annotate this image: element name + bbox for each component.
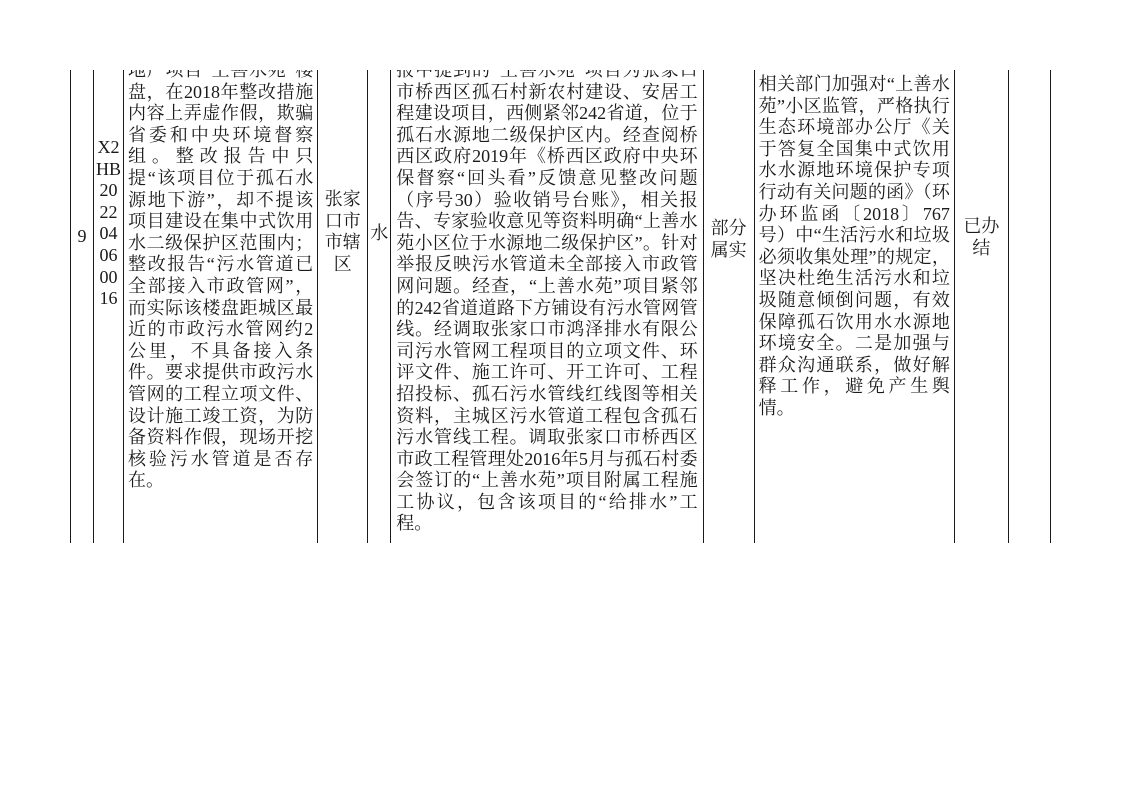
cell-case-number: X2 HB 20 22 04 06 00 16 [94,70,124,543]
case-number-text: X2 HB 20 22 04 06 00 16 [94,137,123,310]
table-row: 9 X2 HB 20 22 04 06 00 16 地产项目“上善水苑”楼盘，在… [71,70,1051,543]
cell-seq: 9 [71,70,94,543]
cell-handling: 相关部门加强对“上善水苑”小区监管，严格执行生态环境部办公厅《关于答复全国集中式… [754,70,954,543]
complaint-text: 地产项目“上善水苑”楼盘，在2018年整改措施内容上弄虚作假，欺骗省委和中央环境… [128,70,313,492]
category-text: 水 [368,223,390,245]
status-text: 已办 结 [955,216,1008,259]
cell-region: 张家 口市 市辖 区 [318,70,368,543]
cell-category: 水 [368,70,391,543]
cell-verification: 部分 属实 [703,70,754,543]
cell-investigation: 报中提到的“上善水苑”项目为张家口市桥西区孤石村新农村建设、安居工程建设项目，西… [391,70,703,543]
cell-complaint: 地产项目“上善水苑”楼盘，在2018年整改措施内容上弄虚作假，欺骗省委和中央环境… [124,70,318,543]
handling-text: 相关部门加强对“上善水苑”小区监管，严格执行生态环境部办公厅《关于答复全国集中式… [759,74,950,420]
complaint-table: 9 X2 HB 20 22 04 06 00 16 地产项目“上善水苑”楼盘，在… [70,70,1051,543]
investigation-text: 报中提到的“上善水苑”项目为张家口市桥西区孤石村新农村建设、安居工程建设项目，西… [396,70,697,535]
cell-remark [1008,70,1050,543]
table-clip-region: 9 X2 HB 20 22 04 06 00 16 地产项目“上善水苑”楼盘，在… [70,70,1053,543]
region-text: 张家 口市 市辖 区 [318,189,367,275]
cell-status: 已办 结 [954,70,1008,543]
verification-text: 部分 属实 [704,218,754,261]
seq-number: 9 [71,226,93,248]
document-page: 9 X2 HB 20 22 04 06 00 16 地产项目“上善水苑”楼盘，在… [0,0,1122,793]
